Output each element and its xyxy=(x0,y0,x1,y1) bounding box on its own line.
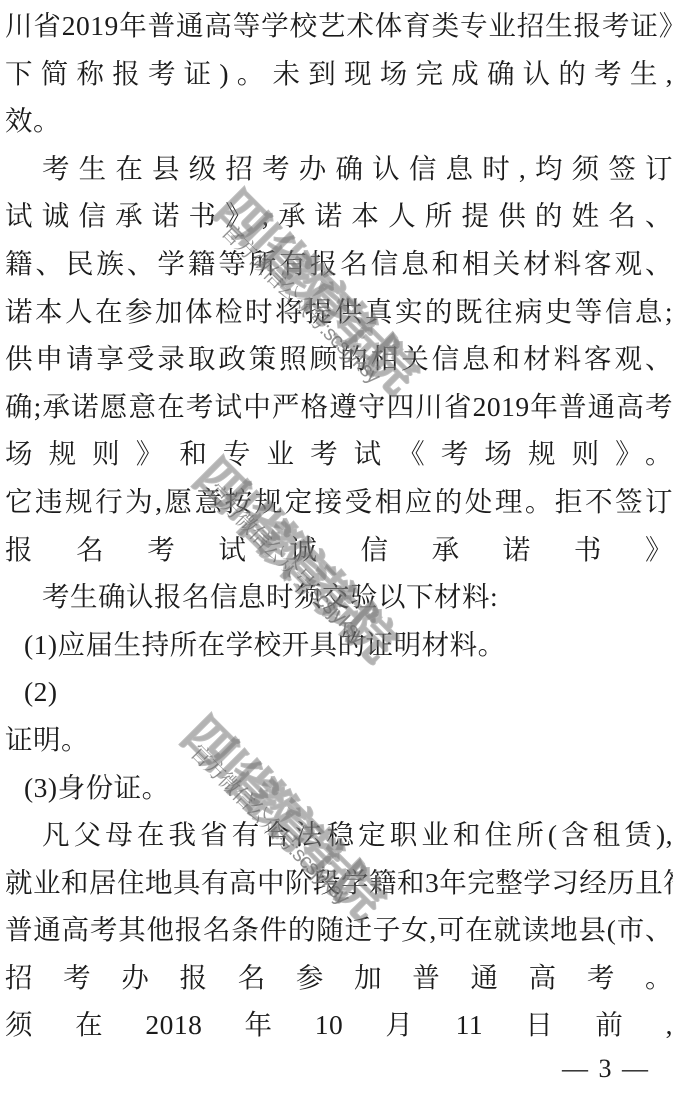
document-line: 确;承诺愿意在考试中严格遵守四川省2019年普通高考《考 xyxy=(5,383,673,431)
document-line: 下简称报考证)。未到现场完成确认的考生,其网报信息无 xyxy=(5,50,673,98)
document-line: 场规则》和专业考试《考场规则》。如有任何弄虚作假或其 xyxy=(5,430,673,478)
document-line: 考生在县级招考办确认信息时,均须签订《考生报名考 xyxy=(5,145,673,193)
document-line: 它违规行为,愿意按规定接受相应的处理。拒不签订《考生 xyxy=(5,478,673,526)
document-line list-item: (3)身份证。 xyxy=(5,764,673,812)
document-line: 试诚信承诺书》,承诺本人所提供的姓名、身份证号码、户 xyxy=(5,192,673,240)
document-line: 川省2019年普通高等学校艺术体育类专业招生报考证》(以 xyxy=(5,2,673,50)
document-line: 证明。 xyxy=(5,716,673,764)
document-body: 川省2019年普通高等学校艺术体育类专业招生报考证》(以 下简称报考证)。未到现… xyxy=(5,2,673,1049)
document-line: 供申请享受录取政策照顾的相关信息和材料客观、翔实、准 xyxy=(5,335,673,383)
document-line: 须在2018年10月11日前,向就读中学所在的县级招考办申 xyxy=(5,1001,673,1049)
document-line: 招考办报名参加普通高考。申请参加普通高考的随迁子女, xyxy=(5,954,673,1002)
document-line: 就业和居住地具有高中阶段学籍和3年完整学习经历且符合 xyxy=(5,859,673,907)
document-line: 效。 xyxy=(5,97,673,145)
document-line: 籍、民族、学籍等所有报名信息和相关材料客观、真实;承 xyxy=(5,240,673,288)
document-line: 考生确认报名信息时须交验以下材料: xyxy=(5,573,673,621)
document-line list-item: (1)应届生持所在学校开具的证明材料。 xyxy=(5,621,673,669)
document-line: 普通高考其他报名条件的随迁子女,可在就读地县(市、区) xyxy=(5,906,673,954)
document-line: 报名考试诚信承诺书》的考生视为自愿放弃报名考试资格。 xyxy=(5,526,673,574)
document-line: 凡父母在我省有合法稳定职业和住所(含租赁),在父母 xyxy=(5,811,673,859)
document-line list-item: (2)往届生持高级中等教育学校毕业证书或同等学力的 xyxy=(5,668,673,716)
page-number: — 3 — xyxy=(562,1054,650,1084)
document-page: 川省2019年普通高等学校艺术体育类专业招生报考证》(以 下简称报考证)。未到现… xyxy=(0,0,680,1100)
document-line: 诺本人在参加体检时将提供真实的既往病史等信息;承诺提 xyxy=(5,288,673,336)
